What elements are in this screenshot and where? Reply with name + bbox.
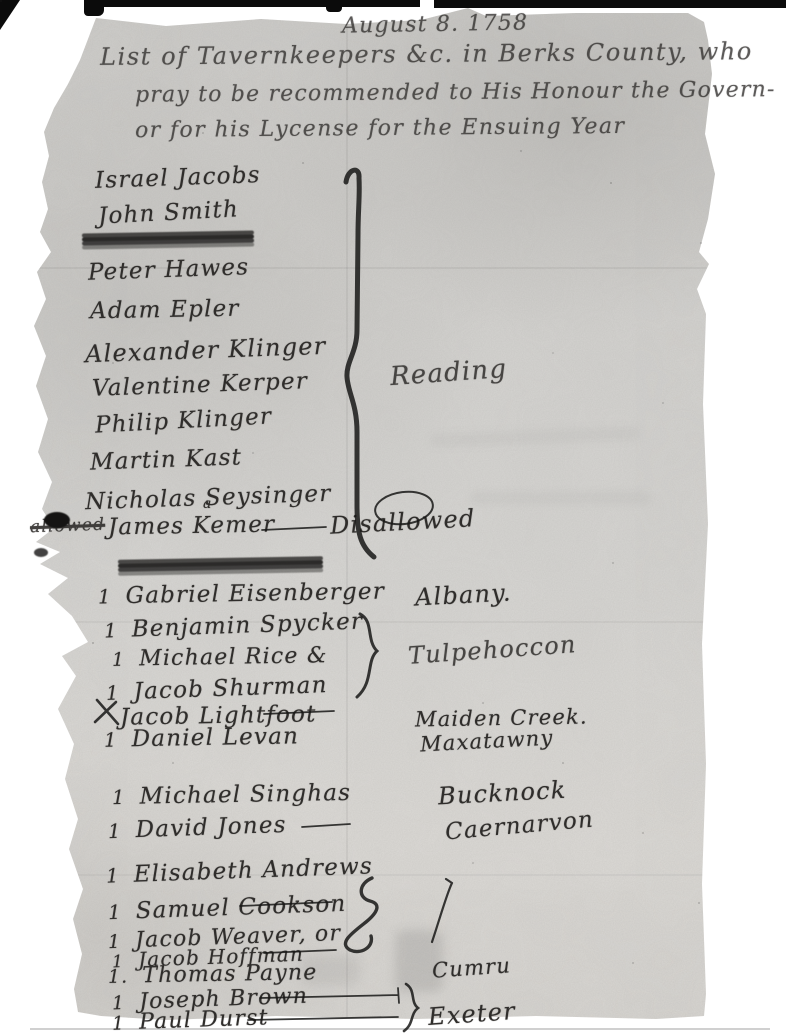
entry-name: Michael Singhas (139, 780, 351, 810)
entry-row: 1Gabriel Eisenberger (98, 578, 385, 609)
entry-row: 1Michael Singhas (112, 780, 352, 810)
ink-blob (44, 512, 70, 528)
title-line-1: List of Tavernkeepers &c. in Berks Count… (100, 37, 753, 71)
entry-row: 1Paul Durst (112, 1005, 269, 1035)
entry-marker: 1 (108, 820, 122, 843)
entry-marker: 1 (112, 786, 126, 809)
entry-name: David Jones (135, 812, 287, 843)
entry-marker: 1 (106, 681, 120, 704)
entry-name: Martin Kast (90, 444, 243, 475)
dirt-specks (0, 0, 2, 2)
scan-edge-bar (434, 0, 786, 8)
scan-edge-blob (84, 0, 104, 16)
entry-marker: 1 (108, 901, 122, 924)
title-line-3: or for his Lycense for the Ensuing Year (135, 114, 626, 143)
township-label-exeter: Exeter (427, 997, 517, 1031)
entry-name: James Kemer (108, 512, 276, 541)
entry-marker: 1 (104, 619, 118, 642)
entry-marker: 1 (104, 728, 118, 751)
entry-name: Paul Durst (139, 1005, 269, 1035)
entry-name: Michael Rice & (139, 643, 328, 671)
scan-corner-mark (0, 0, 20, 30)
township-label-albany: Albany. (414, 578, 512, 611)
date-line: August 8. 1758 (342, 10, 529, 38)
entry-name: Gabriel Eisenberger (125, 578, 385, 609)
entry-marker: 1 (112, 1013, 126, 1034)
entry-row: 1Michael Rice & (112, 643, 328, 672)
scan-edge-blob (326, 0, 342, 12)
entry-row: Martin Kast (90, 444, 243, 475)
entry-marker: 1 (98, 585, 112, 608)
ink-blob (34, 548, 48, 557)
entry-marker: 1 (112, 650, 125, 671)
scan-edge-bar (86, 0, 420, 7)
bleedthrough-smudge (470, 492, 650, 504)
entry-marker: 1. (108, 966, 129, 987)
entry-name: Daniel Levan (131, 723, 299, 752)
scanned-document-page: { "document": { "date_line": "August 8. … (0, 0, 800, 1035)
entry-row: Adam Epler (90, 296, 240, 325)
entry-row: James Kemer (108, 512, 276, 541)
entry-name: Adam Epler (90, 296, 240, 325)
entry-row: 1Daniel Levan (104, 723, 299, 752)
kemer-superscript: a (203, 496, 213, 512)
entry-marker: 1 (106, 864, 120, 887)
